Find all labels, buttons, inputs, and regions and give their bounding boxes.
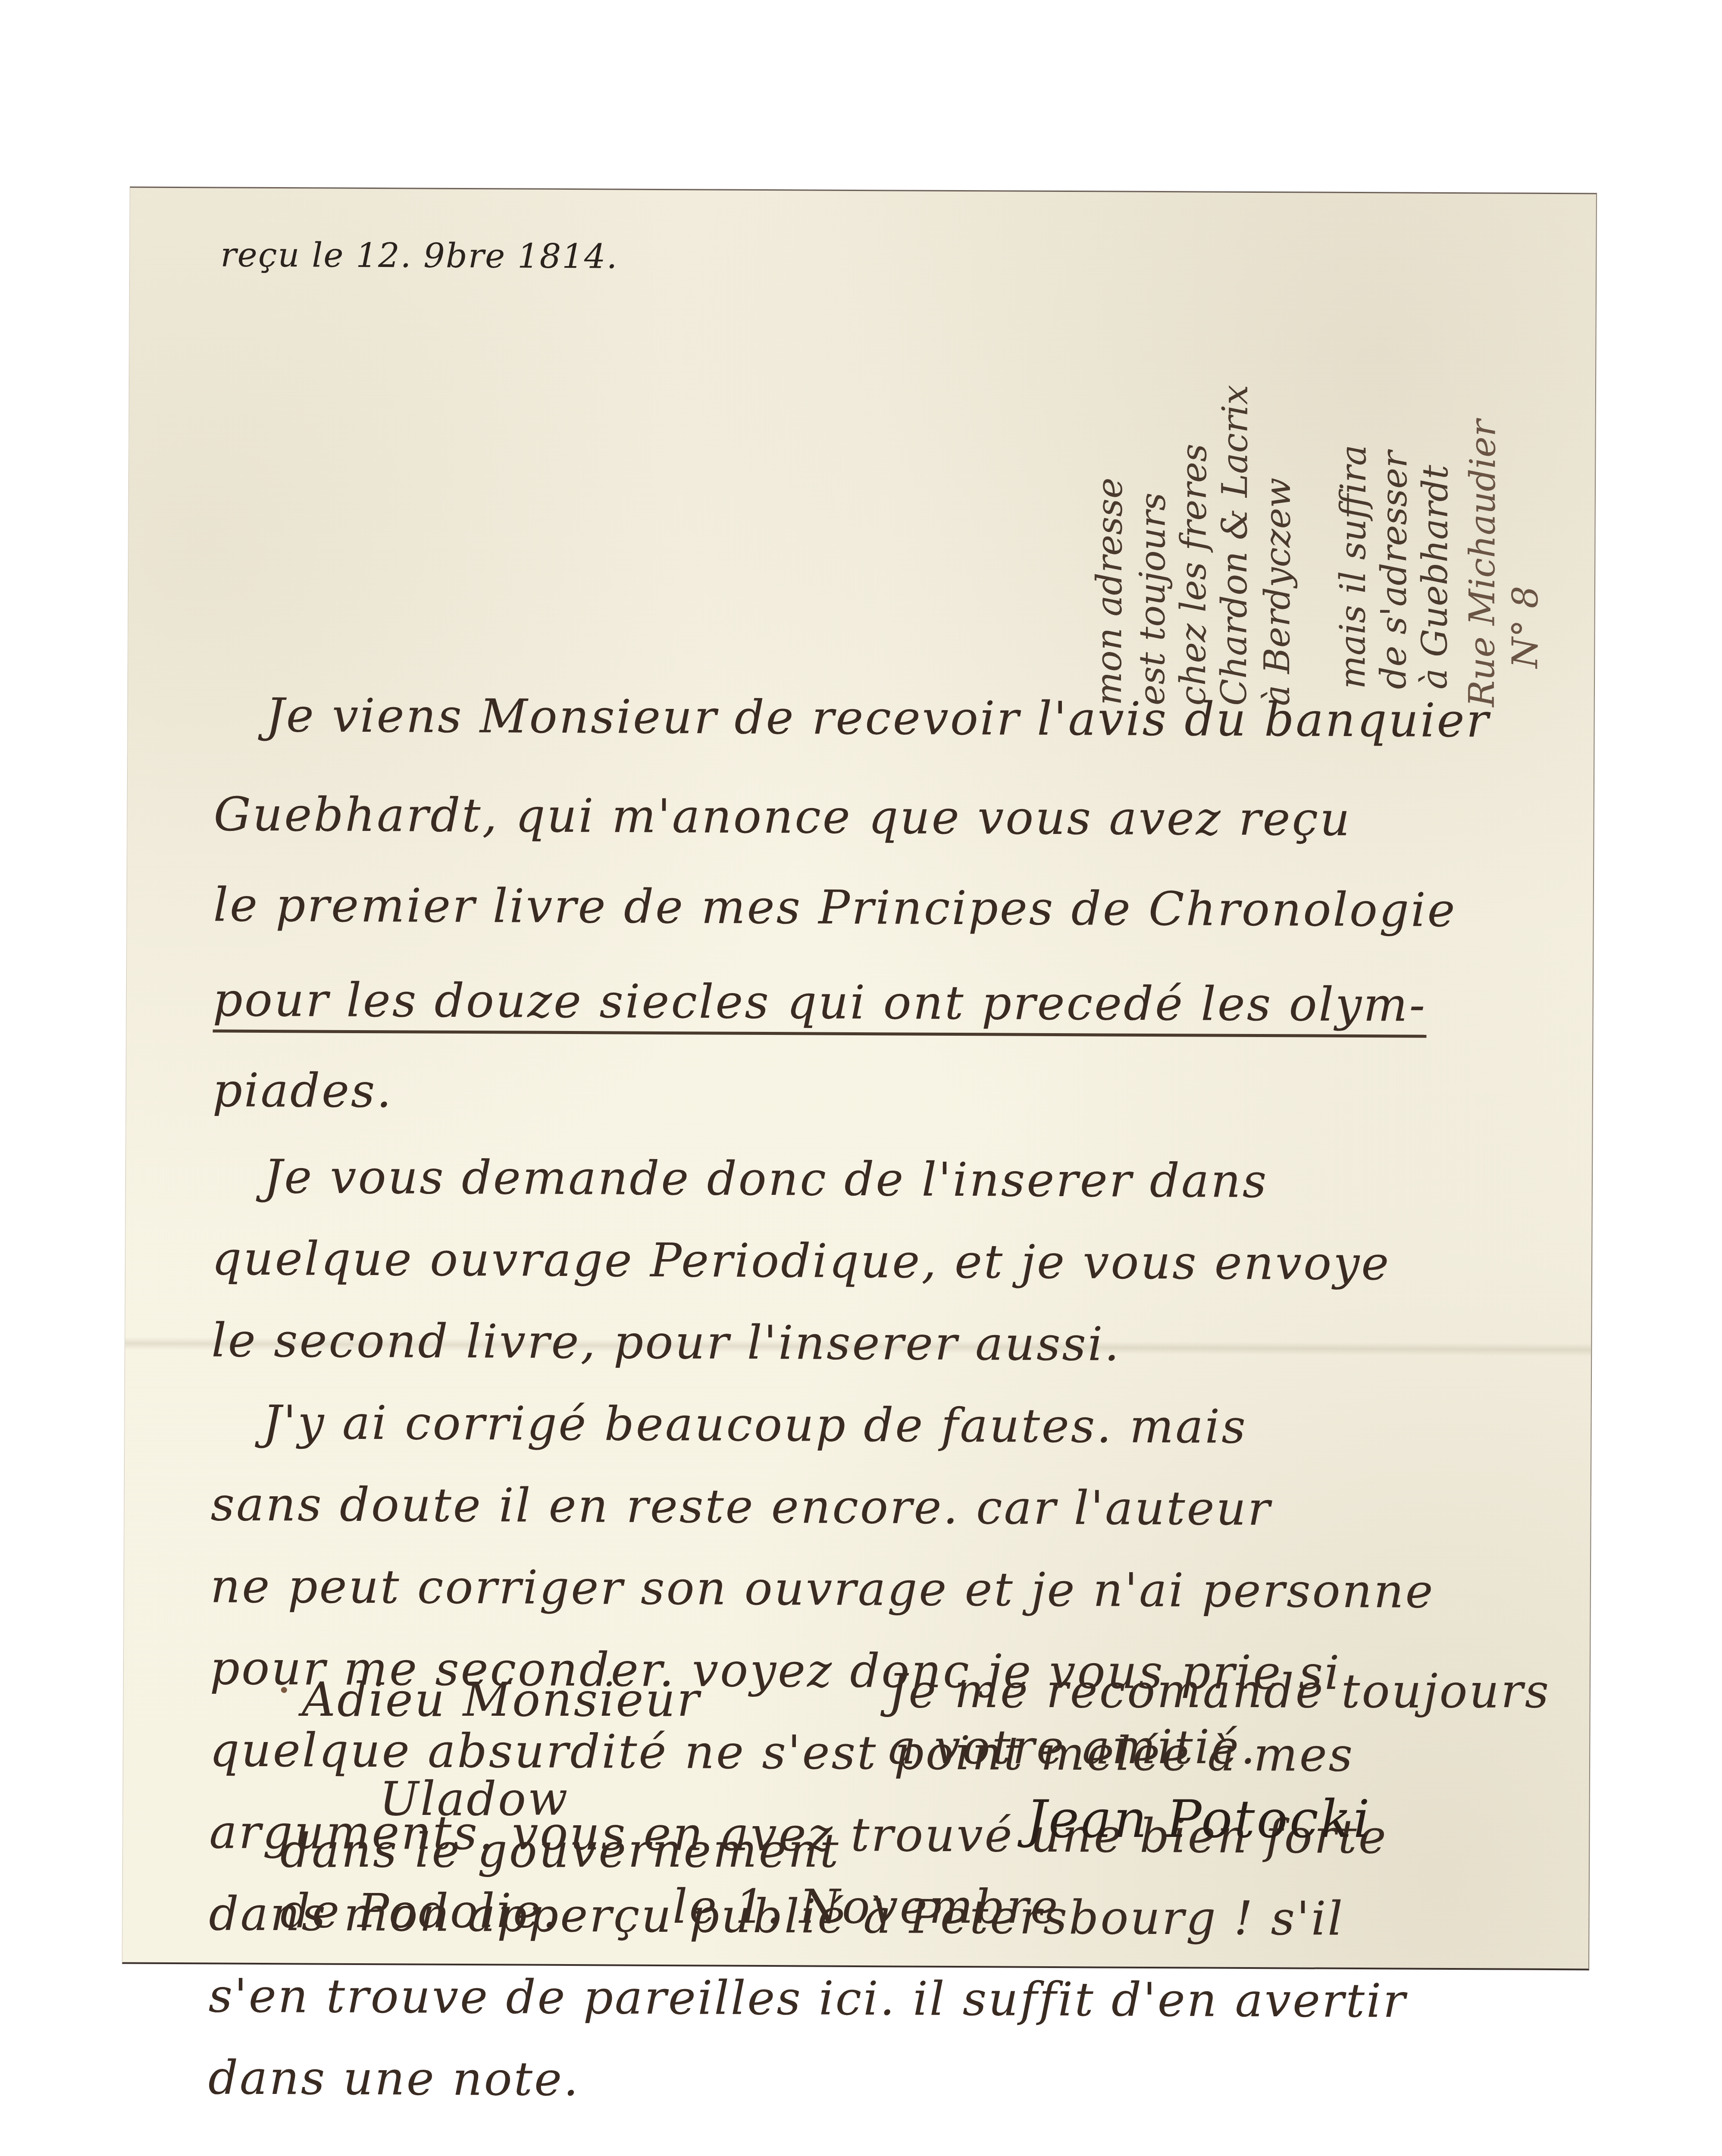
letter-body-line: Je viens Monsieur de recevoir l'avis du … <box>266 689 1490 748</box>
letter-body-line: sans doute il en reste encore. car l'aut… <box>210 1477 1272 1536</box>
margin-note-line: mon adresse <box>1092 209 1129 705</box>
letter-body-line: dans une note. <box>208 2051 580 2106</box>
margin-note-line: à Guebhardt <box>1417 258 1454 689</box>
margin-note-line: mais il suffira <box>1335 258 1372 689</box>
margin-note-line: à Berdyczew <box>1260 210 1297 706</box>
letter-body-line: quelque ouvrage Periodique, et je vous e… <box>212 1232 1391 1291</box>
place-line-2: dans le gouvernement <box>280 1824 840 1878</box>
margin-note-line: Chardon & Lacrix <box>1217 210 1254 706</box>
closing-line-2: a votre amitié. <box>888 1720 1257 1774</box>
receipt-date-note: reçu le 12. 9bre 1814. <box>220 236 618 276</box>
letter-date: le 1. Novembre <box>673 1880 1060 1934</box>
margin-note-line: est toujours <box>1135 210 1172 705</box>
letter-body-line: le premier livre de mes Principes de Chr… <box>213 878 1456 937</box>
margin-note-line: N° 8 <box>1508 496 1544 668</box>
margin-note-line: chez les freres <box>1176 210 1213 705</box>
place-line-3: de Podolie. <box>280 1884 559 1938</box>
letter-body-text: le premier livre de mes Principes de Chr… <box>213 878 1456 937</box>
margin-note-line: Rue Michaudier <box>1465 211 1502 707</box>
letter-body-line: s'en trouve de pareilles ici. il suffit … <box>208 1969 1407 2028</box>
letter-body-line-underlined: pour les douze siecles qui ont precedé l… <box>213 973 1427 1037</box>
closing-salutation: Adieu Monsieur <box>302 1673 701 1727</box>
letter-body-line: Je vous demande donc de l'inserer dans <box>264 1150 1268 1208</box>
signature: Jean Potocki <box>1026 1789 1371 1849</box>
letter-body-line: piades. <box>213 1063 393 1118</box>
margin-note-line: de s'adresser <box>1376 258 1413 689</box>
place-line-1: Uladow <box>379 1772 570 1826</box>
letter-body-line: Guebhardt, qui m'anonce que vous avez re… <box>213 787 1352 846</box>
letter-body-line: ne peut corriger son ouvrage et je n'ai … <box>210 1559 1435 1618</box>
closing-line-1: Je me recomande toujours <box>888 1664 1550 1718</box>
letter-body-line: J'y ai corrigé beaucoup de fautes. mais <box>263 1396 1247 1454</box>
letter-body-line: le second livre, pour l'inserer aussi. <box>211 1313 1121 1371</box>
